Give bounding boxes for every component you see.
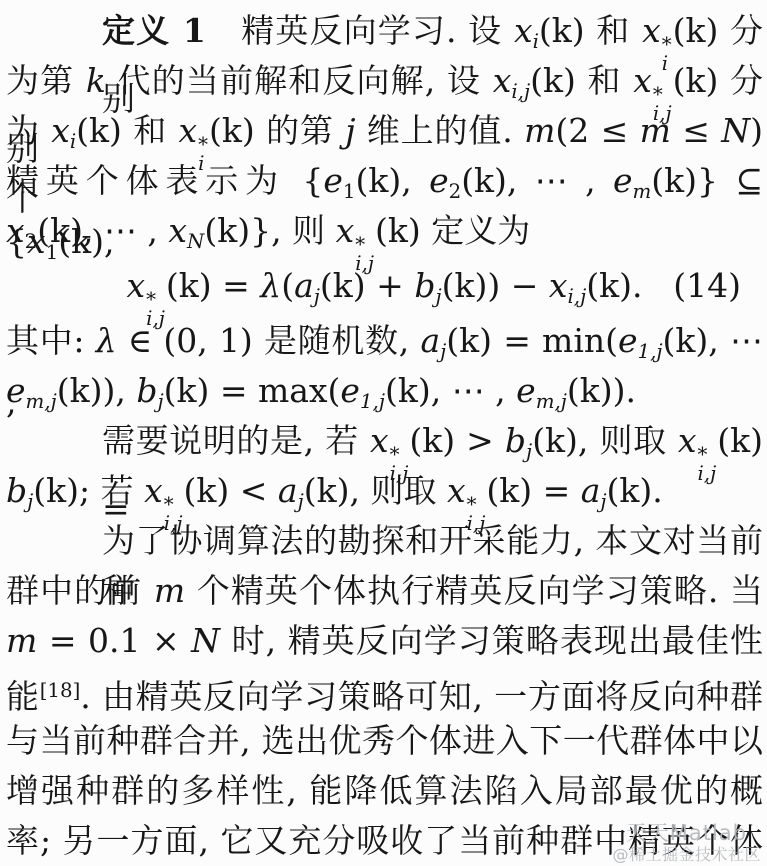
math-supsub: *i,j — [697, 446, 716, 484]
watermark-username: 天天Matlab — [612, 821, 747, 845]
text-line: 与当前种群合并, 选出优秀个体进入下一代群体中以 — [6, 716, 763, 766]
text-line: 需要说明的是, 若 x*i,j(k) > bj(k), 则取 x*i,j(k) … — [6, 416, 763, 466]
text-line: 为 xi(k) 和 x*i(k) 的第 j 维上的值. m(2 ≤ m ≤ N)… — [6, 106, 763, 156]
text-line: 精英个体表示为 {e1(k), e2(k), ⋯ , em(k)} ⊆ {x1(… — [6, 156, 763, 206]
document-page: 定义 1 精英反向学习. 设 xi(k) 和 x*i(k) 分别为第 k 代的当… — [0, 0, 767, 866]
text-line: 为第 k 代的当前解和反向解, 设 xi,j(k) 和 x*i,j(k) 分别 — [6, 56, 763, 106]
equation-number: (14) — [673, 256, 741, 316]
text-line: bj(k); 若 x*i,j(k) < aj(k), 则取 x*i,j(k) =… — [6, 466, 763, 516]
math-supsub: *i,j — [146, 291, 165, 329]
text-line: m = 0.1 × N 时, 精英反向学习策略表现出最佳性 — [6, 616, 763, 666]
watermark: 天天Matlab @稀土掘金技术社区 — [612, 821, 761, 864]
text-line: x2(k), ⋯ , xN(k)}, 则 x*i,j(k) 定义为 — [6, 206, 763, 256]
text-line: 群中的前 m 个精英个体执行精英反向学习策略. 当 — [6, 566, 763, 616]
text-line: em,j(k)), bj(k) = max(e1,j(k), ⋯ , em,j(… — [6, 366, 763, 416]
watermark-community: @稀土掘金技术社区 — [612, 845, 761, 864]
text-line: 为了协调算法的勘探和开采能力, 本文对当前种 — [6, 516, 763, 566]
text-line: 增强种群的多样性, 能降低算法陷入局部最优的概 — [6, 766, 763, 816]
paper-text: 定义 1 精英反向学习. 设 xi(k) 和 x*i(k) 分别为第 k 代的当… — [0, 0, 767, 866]
text-line: 其中: λ ∈ (0, 1) 是随机数, aj(k) = min(e1,j(k)… — [6, 316, 763, 366]
text-line: 能[18]. 由精英反向学习策略可知, 一方面将反向种群 — [6, 666, 763, 716]
text-line: 定义 1 精英反向学习. 设 xi(k) 和 x*i(k) 分别 — [6, 6, 763, 56]
equation-line: x*i,j(k) = λ(aj(k) + bj(k)) − xi,j(k).(1… — [6, 256, 763, 316]
